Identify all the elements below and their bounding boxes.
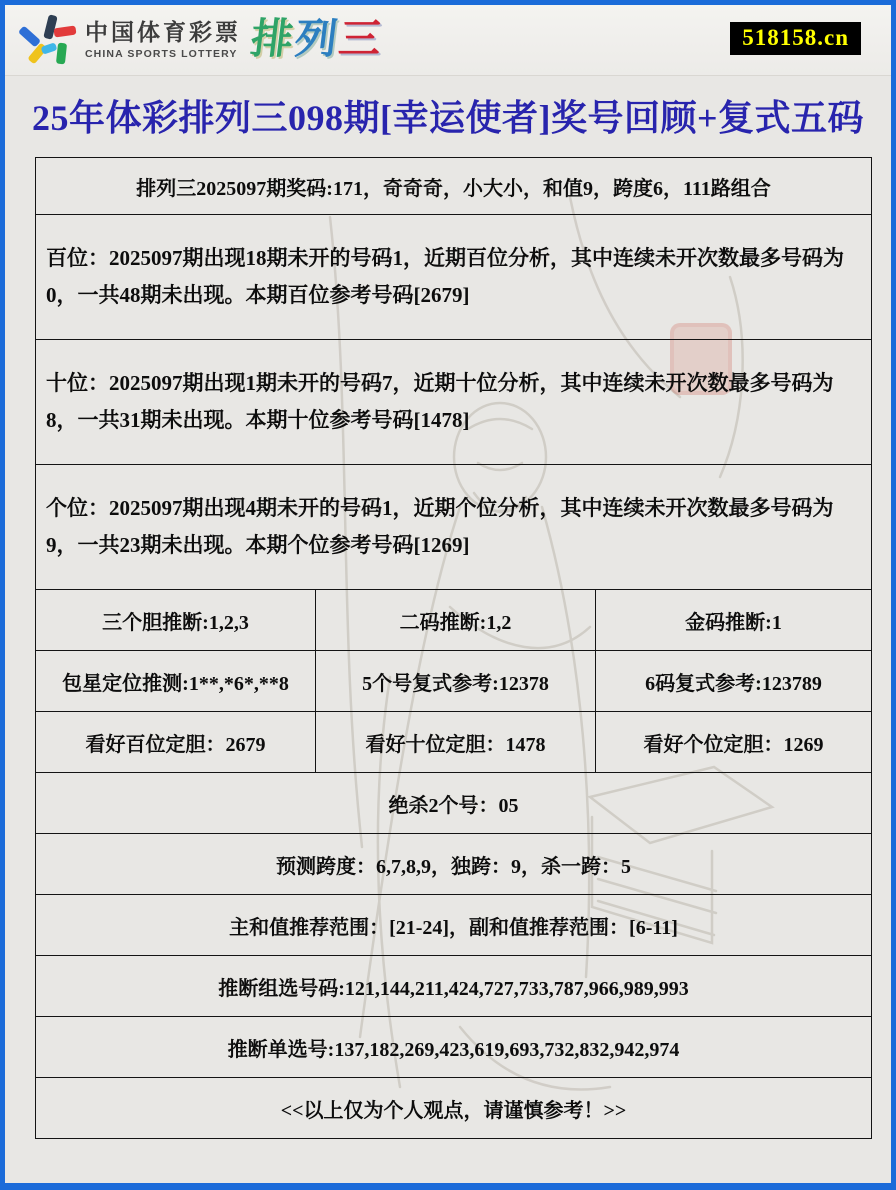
table-row: 看好百位定胆：2679 看好十位定胆：1478 看好个位定胆：1269 [36, 712, 872, 773]
tens-dan-cell: 看好十位定胆：1478 [316, 712, 596, 773]
group-selection-cell: 推断组选号码:121,144,211,424,727,733,787,966,9… [36, 956, 872, 1017]
units-dan-cell: 看好个位定胆：1269 [596, 712, 872, 773]
table-row: 主和值推荐范围：[21-24]，副和值推荐范围：[6-11] [36, 895, 872, 956]
page-title: 25年体彩排列三098期[幸运使者]奖号回顾+复式五码 [13, 90, 883, 141]
single-selection-cell: 推断单选号:137,182,269,423,619,693,732,832,94… [36, 1017, 872, 1078]
logo-en-label: CHINA SPORTS LOTTERY [85, 48, 241, 60]
table-row: 预测跨度：6,7,8,9，独跨：9，杀一跨：5 [36, 834, 872, 895]
sum-range-cell: 主和值推荐范围：[21-24]，副和值推荐范围：[6-11] [36, 895, 872, 956]
gold-code-cell: 金码推断:1 [596, 590, 872, 651]
star-position-cell: 包星定位推测:1**,*6*,**8 [36, 651, 316, 712]
brand-char-1: 排 [248, 17, 298, 63]
logo-cn-label: 中国体育彩票 [85, 20, 241, 45]
prediction-table: 排列三2025097期奖码:171，奇奇奇，小大小，和值9，跨度6，111路组合… [35, 157, 872, 1139]
table-row: 三个胆推断:1,2,3 二码推断:1,2 金码推断:1 [36, 590, 872, 651]
brand-char-2: 列 [292, 17, 342, 63]
kill-two-numbers-cell: 绝杀2个号：05 [36, 773, 872, 834]
table-row: 推断组选号码:121,144,211,424,727,733,787,966,9… [36, 956, 872, 1017]
table-row: 排列三2025097期奖码:171，奇奇奇，小大小，和值9，跨度6，111路组合 [36, 158, 872, 215]
tens-analysis-cell: 十位：2025097期出现1期未开的号码7，近期十位分析，其中连续未开次数最多号… [36, 340, 872, 465]
site-badge[interactable]: 518158.cn [730, 22, 861, 55]
hundreds-analysis-cell: 百位：2025097期出现18期未开的号码1，近期百位分析，其中连续未开次数最多… [36, 215, 872, 340]
table-row: 个位：2025097期出现4期未开的号码1，近期个位分析，其中连续未开次数最多号… [36, 465, 872, 590]
content-area: 排列三2025097期奖码:171，奇奇奇，小大小，和值9，跨度6，111路组合… [5, 157, 891, 1139]
table-row: 十位：2025097期出现1期未开的号码7，近期十位分析，其中连续未开次数最多号… [36, 340, 872, 465]
page: 中国体育彩票 CHINA SPORTS LOTTERY 排列三 518158.c… [0, 0, 896, 1190]
units-analysis-cell: 个位：2025097期出现4期未开的号码1，近期个位分析，其中连续未开次数最多号… [36, 465, 872, 590]
pinwheel-logo-icon [21, 14, 75, 66]
disclaimer-cell: <<以上仅为个人观点，请谨慎参考！>> [36, 1078, 872, 1139]
six-code-duplex-cell: 6码复式参考:123789 [596, 651, 872, 712]
two-code-cell: 二码推断:1,2 [316, 590, 596, 651]
brand-pailiesan: 排列三 [248, 19, 385, 61]
span-prediction-cell: 预测跨度：6,7,8,9，独跨：9，杀一跨：5 [36, 834, 872, 895]
header: 中国体育彩票 CHINA SPORTS LOTTERY 排列三 518158.c… [5, 5, 891, 76]
table-row: <<以上仅为个人观点，请谨慎参考！>> [36, 1078, 872, 1139]
table-row: 百位：2025097期出现18期未开的号码1，近期百位分析，其中连续未开次数最多… [36, 215, 872, 340]
logo-text: 中国体育彩票 CHINA SPORTS LOTTERY [85, 20, 241, 59]
hundreds-dan-cell: 看好百位定胆：2679 [36, 712, 316, 773]
table-row: 包星定位推测:1**,*6*,**8 5个号复式参考:12378 6码复式参考:… [36, 651, 872, 712]
table-row: 绝杀2个号：05 [36, 773, 872, 834]
three-dan-cell: 三个胆推断:1,2,3 [36, 590, 316, 651]
table-row: 推断单选号:137,182,269,423,619,693,732,832,94… [36, 1017, 872, 1078]
china-sports-lottery-logo: 中国体育彩票 CHINA SPORTS LOTTERY 排列三 [21, 14, 383, 66]
five-number-duplex-cell: 5个号复式参考:12378 [316, 651, 596, 712]
award-summary-cell: 排列三2025097期奖码:171，奇奇奇，小大小，和值9，跨度6，111路组合 [36, 158, 872, 215]
brand-char-3: 三 [336, 17, 386, 63]
